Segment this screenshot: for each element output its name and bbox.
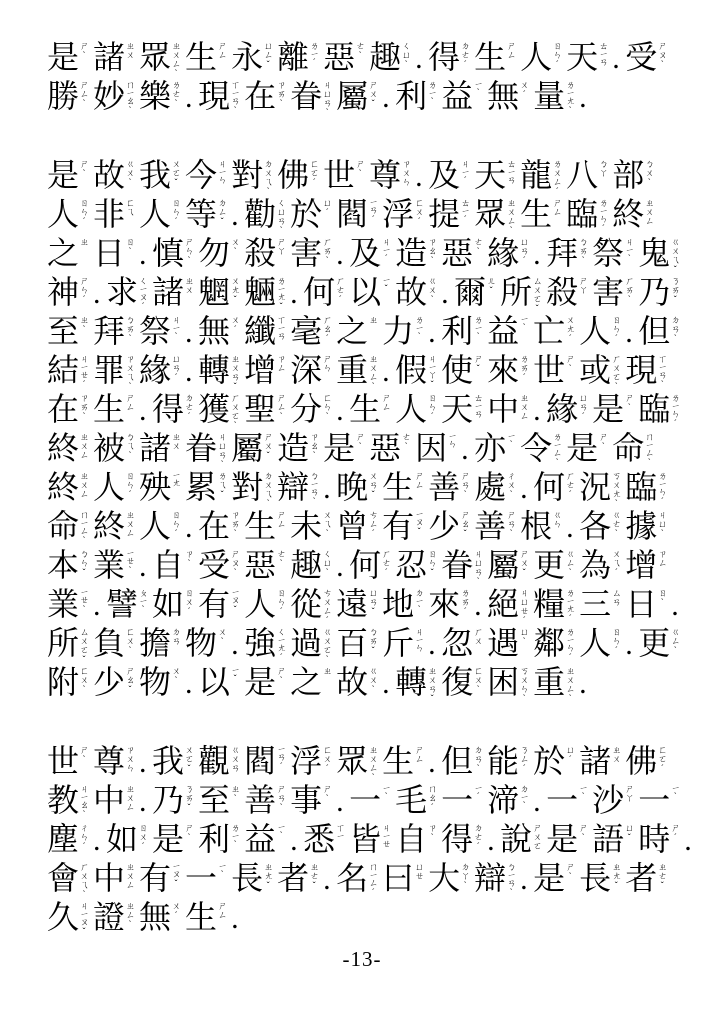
char-unit: 祭ㄐㄧˋ (592, 235, 634, 271)
hanzi-char: 天 (474, 157, 506, 193)
zhuyin-annotation: ㄘㄨㄥˊ (322, 586, 332, 622)
char-unit: 辯ㄅㄧㄢˋ (277, 469, 319, 505)
hanzi-char: 但 (638, 313, 670, 349)
char-unit: 但ㄉㄢˋ (638, 313, 680, 349)
char-unit: 或ㄏㄨㄛˋ (579, 352, 621, 388)
zhuyin-annotation: ㄐㄧㄣ (217, 157, 227, 193)
char-unit: 無ㄨˊ (198, 313, 240, 349)
char-unit: 終ㄓㄨㄥ (47, 469, 89, 505)
zhuyin-annotation: ㄕㄚ (276, 235, 286, 271)
zhuyin-annotation: ㄉㄚˋ (460, 860, 470, 896)
zhuyin-annotation: ㄕㄨㄛ (532, 821, 542, 857)
zhuyin-annotation: ㄐㄩㄢˋ (217, 430, 227, 466)
char-unit: 造ㄗㄠˋ (395, 235, 437, 271)
zhuyin-annotation: ㄑㄧㄤˊ (276, 625, 286, 661)
hanzi-char: 眷 (290, 78, 322, 114)
punctuation-period: . (533, 396, 546, 427)
hanzi-char: 教 (47, 782, 79, 818)
zhuyin-annotation: ㄨˊ (519, 78, 529, 114)
char-unit: 是ㄕˋ (546, 821, 588, 857)
hanzi-char: 勿 (198, 235, 230, 271)
hanzi-char: 能 (487, 743, 519, 779)
hanzi-char: 樂 (139, 78, 171, 114)
hanzi-char: 乃 (152, 782, 184, 818)
hanzi-char: 轉 (395, 664, 427, 700)
char-unit: 從ㄘㄨㄥˊ (290, 586, 332, 622)
char-unit: 緣ㄩㄢˊ (546, 391, 588, 427)
zhuyin-annotation: ㄓㄨㄥˋ (171, 39, 181, 75)
char-unit: 教ㄐㄧㄠˋ (47, 782, 89, 818)
punctuation-period: . (336, 787, 349, 818)
hanzi-char: 或 (579, 352, 611, 388)
zhuyin-annotation: ㄈㄛˊ (309, 157, 319, 193)
hanzi-char: 有 (139, 860, 171, 896)
char-unit: 乃ㄋㄞˇ (638, 274, 680, 310)
zhuyin-annotation: ㄩˇ (624, 821, 634, 857)
hanzi-char: 趣 (369, 39, 401, 75)
zhuyin-annotation: ㄒㄧㄢˋ (230, 78, 240, 114)
hanzi-char: 長 (231, 860, 263, 896)
char-unit: 亦ㄧˋ (474, 430, 516, 466)
char-unit: 離ㄌㄧˊ (277, 39, 319, 75)
char-unit: 世ㄕˋ (533, 352, 575, 388)
hanzi-char: 所 (500, 274, 532, 310)
zhuyin-annotation: ㄨㄤˊ (565, 313, 575, 349)
hanzi-char: 日 (625, 586, 657, 622)
char-unit: 罪ㄗㄨㄟˋ (93, 352, 135, 388)
hanzi-char: 辯 (277, 469, 309, 505)
zhuyin-annotation: ㄉㄢ (171, 625, 181, 661)
zhuyin-annotation: ㄩㄢˇ (368, 586, 378, 622)
zhuyin-annotation: ㄜˋ (276, 547, 286, 583)
hanzi-char: 一 (546, 782, 578, 818)
hanzi-char: 終 (612, 196, 644, 232)
hanzi-char: 今 (185, 157, 217, 193)
hanzi-char: 屬 (336, 78, 368, 114)
char-unit: 命ㄇㄧㄥˋ (612, 430, 654, 466)
char-unit: 慎ㄕㄣˋ (152, 235, 194, 271)
char-unit: 眷ㄐㄩㄢˋ (441, 547, 483, 583)
char-unit: 者ㄓㄜˇ (277, 860, 319, 896)
zhuyin-annotation: ㄖˋ (657, 586, 667, 622)
punctuation-period: . (290, 826, 303, 857)
hanzi-char: 終 (47, 430, 79, 466)
punctuation-period: . (487, 826, 500, 857)
zhuyin-annotation: ㄍㄨㄟˇ (670, 235, 680, 271)
zhuyin-annotation: ㄓㄜˇ (657, 860, 667, 896)
hanzi-char: 非 (93, 196, 125, 232)
zhuyin-annotation: ㄐㄩㄢˋ (322, 78, 332, 114)
zhuyin-annotation: ㄍㄨˋ (125, 157, 135, 193)
zhuyin-annotation: ㄗㄠˋ (309, 430, 319, 466)
zhuyin-annotation: ㄌㄧㄣˊ (670, 391, 680, 427)
zhuyin-annotation: ㄔㄨˋ (506, 469, 516, 505)
char-unit: 樂ㄌㄜˋ (139, 78, 181, 114)
char-unit: 之ㄓ (290, 664, 332, 700)
char-unit: 附ㄈㄨˋ (47, 664, 89, 700)
hanzi-char: 益 (441, 78, 473, 114)
hanzi-char: 臨 (566, 196, 598, 232)
zhuyin-annotation: ㄕㄥ (276, 508, 286, 544)
char-unit: 自ㄗˋ (152, 547, 194, 583)
zhuyin-annotation: ㄩㄢˊ (519, 235, 529, 271)
char-unit: 大ㄉㄚˋ (428, 860, 470, 896)
hanzi-char: 力 (382, 313, 414, 349)
hanzi-char: 人 (139, 196, 171, 232)
char-unit: 辯ㄅㄧㄢˋ (474, 860, 516, 896)
char-unit: 生ㄕㄥ (349, 391, 391, 427)
hanzi-char: 結 (47, 352, 79, 388)
char-unit: 量ㄌㄧㄤˋ (533, 78, 575, 114)
zhuyin-annotation: ㄍㄨˋ (368, 664, 378, 700)
char-unit: 重ㄓㄨㄥˋ (336, 352, 378, 388)
zhuyin-annotation: ㄅㄣˇ (79, 547, 89, 583)
zhuyin-annotation: ㄕㄨˇ (519, 547, 529, 583)
zhuyin-annotation: ㄐㄩㄝˊ (519, 586, 529, 622)
hanzi-char: 害 (592, 274, 624, 310)
zhuyin-annotation: ㄉㄜˊ (473, 821, 483, 857)
zhuyin-annotation: ㄕㄚ (624, 782, 634, 818)
char-unit: 毛ㄇㄠˊ (395, 782, 437, 818)
hanzi-char: 中 (93, 782, 125, 818)
hanzi-char: 現 (625, 352, 657, 388)
zhuyin-annotation: ㄌㄧˋ (427, 78, 437, 114)
zhuyin-annotation: ㄖㄨˊ (184, 586, 194, 622)
char-unit: 強ㄑㄧㄤˊ (244, 625, 286, 661)
zhuyin-annotation: ㄗㄞˋ (276, 78, 286, 114)
zhuyin-annotation: ㄕㄥ (125, 391, 135, 427)
zhuyin-annotation: ㄦˇ (486, 274, 496, 310)
char-unit: 勝ㄕㄥˋ (47, 78, 89, 114)
hanzi-char: 會 (47, 860, 79, 896)
zhuyin-annotation: ㄉㄢˋ (670, 313, 680, 349)
punctuation-period: . (323, 865, 336, 896)
hanzi-char: 是 (566, 430, 598, 466)
hanzi-char: 譬 (106, 586, 138, 622)
hanzi-char: 業 (47, 586, 79, 622)
zhuyin-annotation: ㄊㄧㄢ (473, 391, 483, 427)
zhuyin-annotation: ㄐㄧㄝˊ (79, 352, 89, 388)
zhuyin-annotation: ㄧㄝˋ (125, 547, 135, 583)
hanzi-char: 是 (152, 821, 184, 857)
punctuation-period: . (231, 904, 244, 935)
zhuyin-annotation: ㄓˋ (230, 782, 240, 818)
paragraph: 是ㄕˋ諸ㄓㄨ眾ㄓㄨㄥˋ生ㄕㄥ永ㄩㄥˇ離ㄌㄧˊ惡ㄜˋ趣ㄑㄩˋ.得ㄉㄜˊ生ㄕㄥ人ㄖㄣ… (47, 36, 707, 114)
hanzi-char: 龍 (520, 157, 552, 193)
zhuyin-annotation: ㄐㄧㄝ (381, 821, 391, 857)
zhuyin-annotation: ㄐㄧㄣ (414, 625, 424, 661)
zhuyin-annotation: ㄧˋ (519, 313, 529, 349)
zhuyin-annotation: ㄒㄧㄢ (276, 313, 286, 349)
zhuyin-annotation: ㄌㄟˇ (217, 469, 227, 505)
char-unit: 負ㄈㄨˋ (93, 625, 135, 661)
zhuyin-annotation: ㄧㄢˊ (276, 743, 286, 779)
char-unit: 中ㄓㄨㄥ (487, 391, 529, 427)
char-unit: 我ㄨㄛˇ (139, 157, 181, 193)
zhuyin-annotation: ㄌㄧˊ (309, 39, 319, 75)
char-unit: 終ㄓㄨㄥ (612, 196, 654, 232)
char-unit: 斤ㄐㄧㄣ (382, 625, 424, 661)
hanzi-char: 有 (198, 586, 230, 622)
zhuyin-annotation: ㄨˊ (171, 899, 181, 935)
char-unit: 是ㄕˋ (47, 39, 89, 75)
hanzi-char: 中 (487, 391, 519, 427)
zhuyin-annotation: ㄉㄜˊ (460, 39, 470, 75)
zhuyin-annotation: ㄓㄨㄥˋ (368, 352, 378, 388)
char-unit: 地ㄉㄧˋ (382, 586, 424, 622)
text-line: 神ㄕㄣˊ.求ㄑㄧㄡˊ諸ㄓㄨ魍ㄨㄤˇ魎ㄌㄧㄤˇ.何ㄏㄜˊ以ㄧˇ故ㄍㄨˋ.爾ㄦˇ所ㄙ… (47, 271, 707, 310)
hanzi-char: 根 (520, 508, 552, 544)
zhuyin-annotation: ㄏㄜˊ (335, 274, 345, 310)
char-unit: 有ㄧㄡˇ (382, 508, 424, 544)
zhuyin-annotation: ㄖㄣˊ (427, 391, 437, 427)
hanzi-char: 眾 (139, 39, 171, 75)
hanzi-char: 之 (336, 313, 368, 349)
hanzi-char: 遠 (336, 586, 368, 622)
zhuyin-annotation: ㄖㄣˊ (552, 39, 562, 75)
char-unit: 曾ㄘㄥˊ (336, 508, 378, 544)
zhuyin-annotation: ㄖㄣˊ (611, 625, 621, 661)
zhuyin-annotation: ㄉㄜˊ (184, 391, 194, 427)
hanzi-char: 生 (185, 899, 217, 935)
hanzi-char: 殃 (139, 469, 171, 505)
zhuyin-annotation: ㄧㄤ (171, 469, 181, 505)
zhuyin-annotation: ㄕˋ (79, 39, 89, 75)
paragraph: 世ㄕˋ尊ㄗㄨㄣ.我ㄨㄛˇ觀ㄍㄨㄢ閻ㄧㄢˊ浮ㄈㄨˊ眾ㄓㄨㄥˋ生ㄕㄥ.但ㄉㄢˋ能ㄋㄥ… (47, 740, 707, 935)
hanzi-char: 佛 (277, 157, 309, 193)
char-unit: 生ㄕㄥ (244, 508, 286, 544)
char-unit: 拜ㄅㄞˋ (93, 313, 135, 349)
text-line: 是ㄕˋ故ㄍㄨˋ我ㄨㄛˇ今ㄐㄧㄣ對ㄉㄨㄟˋ佛ㄈㄛˊ世ㄕˋ尊ㄗㄨㄣ.及ㄐㄧˊ天ㄊㄧㄢ… (47, 154, 707, 193)
hanzi-char: 生 (382, 743, 414, 779)
char-unit: 世ㄕˋ (323, 157, 365, 193)
zhuyin-annotation: ㄔㄣˊ (79, 821, 89, 857)
hanzi-char: 者 (277, 860, 309, 896)
zhuyin-annotation: ㄈㄨˊ (322, 743, 332, 779)
hanzi-char: 況 (579, 469, 611, 505)
char-unit: 一ㄧˋ (546, 782, 588, 818)
zhuyin-annotation: ㄐㄩˋ (657, 508, 667, 544)
zhuyin-annotation: ㄕㄠˇ (460, 508, 470, 544)
punctuation-period: . (579, 83, 592, 114)
hanzi-char: 殺 (244, 235, 276, 271)
char-unit: 天ㄊㄧㄢ (474, 157, 516, 193)
char-unit: 譬ㄆㄧˋ (106, 586, 148, 622)
char-unit: 佛ㄈㄛˊ (625, 743, 667, 779)
hanzi-char: 得 (441, 821, 473, 857)
char-unit: 長ㄓㄤˇ (231, 860, 273, 896)
hanzi-char: 魍 (198, 274, 230, 310)
punctuation-period: . (428, 748, 441, 779)
punctuation-period: . (93, 279, 106, 310)
char-unit: 少ㄕㄠˇ (93, 664, 135, 700)
punctuation-period: . (474, 591, 487, 622)
hanzi-char: 名 (336, 860, 368, 896)
punctuation-period: . (231, 630, 244, 661)
char-unit: 受ㄕㄡˋ (625, 39, 667, 75)
char-unit: 臨ㄌㄧㄣˊ (638, 391, 680, 427)
hanzi-char: 天 (566, 39, 598, 75)
zhuyin-annotation: ㄉㄢˋ (473, 743, 483, 779)
char-unit: 絕ㄐㄩㄝˊ (487, 586, 529, 622)
hanzi-char: 諸 (139, 430, 171, 466)
hanzi-char: 生 (244, 508, 276, 544)
char-unit: 屬ㄕㄨˇ (487, 547, 529, 583)
char-unit: 魎ㄌㄧㄤˇ (244, 274, 286, 310)
text-line: 業ㄧㄝˋ.譬ㄆㄧˋ如ㄖㄨˊ有ㄧㄡˇ人ㄖㄣˊ從ㄘㄨㄥˊ遠ㄩㄢˇ地ㄉㄧˋ來ㄌㄞˊ.絕… (47, 583, 707, 622)
char-unit: 諸ㄓㄨ (93, 39, 135, 75)
hanzi-char: 假 (395, 352, 427, 388)
char-unit: 遇ㄩˋ (487, 625, 529, 661)
hanzi-char: 我 (152, 743, 184, 779)
zhuyin-annotation: ㄧㄝˋ (79, 586, 89, 622)
zhuyin-annotation: ㄏㄞˋ (624, 274, 634, 310)
char-unit: 處ㄔㄨˋ (474, 469, 516, 505)
zhuyin-annotation: ㄩˊ (322, 196, 332, 232)
hanzi-char: 聖 (244, 391, 276, 427)
zhuyin-annotation: ㄗˋ (184, 547, 194, 583)
zhuyin-annotation: ㄐㄩㄢˋ (473, 547, 483, 583)
char-unit: 被ㄅㄟˋ (93, 430, 135, 466)
hanzi-char: 大 (428, 860, 460, 896)
zhuyin-annotation: ㄖˋ (125, 235, 135, 271)
hanzi-char: 本 (47, 547, 79, 583)
zhuyin-annotation: ㄓ (322, 664, 332, 700)
char-unit: 緣ㄩㄢˊ (139, 352, 181, 388)
char-unit: 如ㄖㄨˊ (106, 821, 148, 857)
char-unit: 轉ㄓㄨㄢˇ (395, 664, 437, 700)
char-unit: 人ㄖㄣˊ (395, 391, 437, 427)
hanzi-char: 一 (638, 782, 670, 818)
punctuation-period: . (415, 44, 428, 75)
hanzi-char: 終 (93, 508, 125, 544)
hanzi-char: 人 (47, 196, 79, 232)
hanzi-char: 鄰 (533, 625, 565, 661)
zhuyin-annotation: ㄉㄨㄟˋ (263, 469, 273, 505)
hanzi-char: 語 (592, 821, 624, 857)
zhuyin-annotation: ㄐㄧㄡˇ (79, 899, 89, 935)
hanzi-char: 拜 (93, 313, 125, 349)
punctuation-period: . (566, 513, 579, 544)
zhuyin-annotation: ㄋㄥˊ (519, 743, 529, 779)
hanzi-char: 世 (47, 743, 79, 779)
char-unit: 據ㄐㄩˋ (625, 508, 667, 544)
hanzi-char: 一 (349, 782, 381, 818)
zhuyin-annotation: ㄕˇ (473, 352, 483, 388)
char-unit: 屬ㄕㄨˇ (231, 430, 273, 466)
hanzi-char: 久 (47, 899, 79, 935)
zhuyin-annotation: ㄏㄨ (473, 625, 483, 661)
char-unit: 根ㄍㄣ (520, 508, 562, 544)
hanzi-char: 生 (382, 469, 414, 505)
zhuyin-annotation: ㄩㄝ (414, 860, 424, 896)
zhuyin-annotation: ㄉㄨㄟˋ (263, 157, 273, 193)
punctuation-period: . (139, 552, 152, 583)
char-unit: 諸ㄓㄨ (152, 274, 194, 310)
punctuation-period: . (185, 357, 198, 388)
char-unit: 如ㄖㄨˊ (152, 586, 194, 622)
char-unit: 累ㄌㄟˇ (185, 469, 227, 505)
zhuyin-annotation: ㄌㄧㄥˋ (552, 430, 562, 466)
text-line: 本ㄅㄣˇ業ㄧㄝˋ.自ㄗˋ受ㄕㄡˋ惡ㄜˋ趣ㄑㄩˋ.何ㄏㄜˊ忍ㄖㄣˇ眷ㄐㄩㄢˋ屬ㄕㄨ… (47, 544, 707, 583)
zhuyin-annotation: ㄗㄥ (657, 547, 667, 583)
zhuyin-annotation: ㄗㄠˋ (427, 235, 437, 271)
hanzi-char: 善 (244, 782, 276, 818)
char-unit: 增ㄗㄥ (625, 547, 667, 583)
zhuyin-annotation: ㄩˊ (565, 743, 575, 779)
zhuyin-annotation: ㄉㄥˇ (217, 196, 227, 232)
char-unit: 曰ㄩㄝ (382, 860, 424, 896)
char-unit: 重ㄓㄨㄥˋ (533, 664, 575, 700)
zhuyin-annotation: ㄕˊ (670, 821, 680, 857)
text-line: 久ㄐㄧㄡˇ證ㄓㄥˋ無ㄨˊ生ㄕㄥ. (47, 896, 707, 935)
zhuyin-annotation: ㄎㄨㄤˋ (611, 469, 621, 505)
char-unit: 諸ㄓㄨ (579, 743, 621, 779)
char-unit: 本ㄅㄣˇ (47, 547, 89, 583)
hanzi-char: 利 (395, 78, 427, 114)
zhuyin-annotation: ㄨㄛˇ (171, 157, 181, 193)
punctuation-period: . (579, 669, 592, 700)
hanzi-char: 深 (290, 352, 322, 388)
zhuyin-annotation: ㄧˋ (276, 821, 286, 857)
hanzi-char: 物 (185, 625, 217, 661)
char-unit: 於ㄩˊ (533, 743, 575, 779)
char-unit: 佛ㄈㄛˊ (277, 157, 319, 193)
zhuyin-annotation: ㄧㄢˊ (368, 196, 378, 232)
punctuation-period: . (461, 435, 474, 466)
hanzi-char: 為 (579, 547, 611, 583)
zhuyin-annotation: ㄕㄢˋ (276, 782, 286, 818)
char-unit: 故ㄍㄨˋ (93, 157, 135, 193)
punctuation-period: . (520, 865, 533, 896)
char-unit: 忍ㄖㄣˇ (395, 547, 437, 583)
zhuyin-annotation: ㄧˋ (473, 78, 483, 114)
hanzi-char: 世 (533, 352, 565, 388)
char-unit: 人ㄖㄣˊ (579, 625, 621, 661)
zhuyin-annotation: ㄅㄧㄢˋ (506, 860, 516, 896)
hanzi-char: 善 (428, 469, 460, 505)
punctuation-period: . (185, 513, 198, 544)
hanzi-char: 永 (231, 39, 263, 75)
zhuyin-annotation: ㄕˋ (79, 157, 89, 193)
text-line: 命ㄇㄧㄥˋ終ㄓㄨㄥ人ㄖㄣˊ.在ㄗㄞˋ生ㄕㄥ未ㄨㄟˋ曾ㄘㄥˊ有ㄧㄡˇ少ㄕㄠˇ善ㄕㄢ… (47, 505, 707, 544)
hanzi-char: 生 (185, 39, 217, 75)
char-unit: 故ㄍㄨˋ (395, 274, 437, 310)
char-unit: 在ㄗㄞˋ (244, 78, 286, 114)
hanzi-char: 使 (441, 352, 473, 388)
zhuyin-annotation: ㄋㄞˇ (184, 782, 194, 818)
punctuation-period: . (428, 318, 441, 349)
zhuyin-annotation: ㄌㄧˋ (473, 313, 483, 349)
hanzi-char: 觀 (198, 743, 230, 779)
zhuyin-annotation: ㄅㄧㄢˋ (309, 469, 319, 505)
zhuyin-annotation: ㄓㄨㄥ (79, 469, 89, 505)
char-unit: 勸ㄑㄩㄢˋ (244, 196, 286, 232)
hanzi-char: 是 (533, 860, 565, 896)
zhuyin-annotation: ㄌㄞˊ (519, 352, 529, 388)
text-line: 是ㄕˋ諸ㄓㄨ眾ㄓㄨㄥˋ生ㄕㄥ永ㄩㄥˇ離ㄌㄧˊ惡ㄜˋ趣ㄑㄩˋ.得ㄉㄜˊ生ㄕㄥ人ㄖㄣ… (47, 36, 707, 75)
text-line: 附ㄈㄨˋ少ㄕㄠˇ物ㄨˋ.以ㄧˇ是ㄕˋ之ㄓ故ㄍㄨˋ.轉ㄓㄨㄢˇ復ㄈㄨˋ困ㄎㄨㄣˋ重… (47, 661, 707, 700)
char-unit: 但ㄉㄢˋ (441, 743, 483, 779)
char-unit: 利ㄌㄧˋ (441, 313, 483, 349)
zhuyin-annotation: ㄕˋ (624, 391, 634, 427)
zhuyin-annotation: ㄈㄣˋ (322, 391, 332, 427)
zhuyin-annotation: ㄕˋ (355, 157, 365, 193)
char-unit: 是ㄕˋ (533, 860, 575, 896)
hanzi-char: 曾 (336, 508, 368, 544)
hanzi-char: 我 (139, 157, 171, 193)
hanzi-char: 是 (323, 430, 355, 466)
